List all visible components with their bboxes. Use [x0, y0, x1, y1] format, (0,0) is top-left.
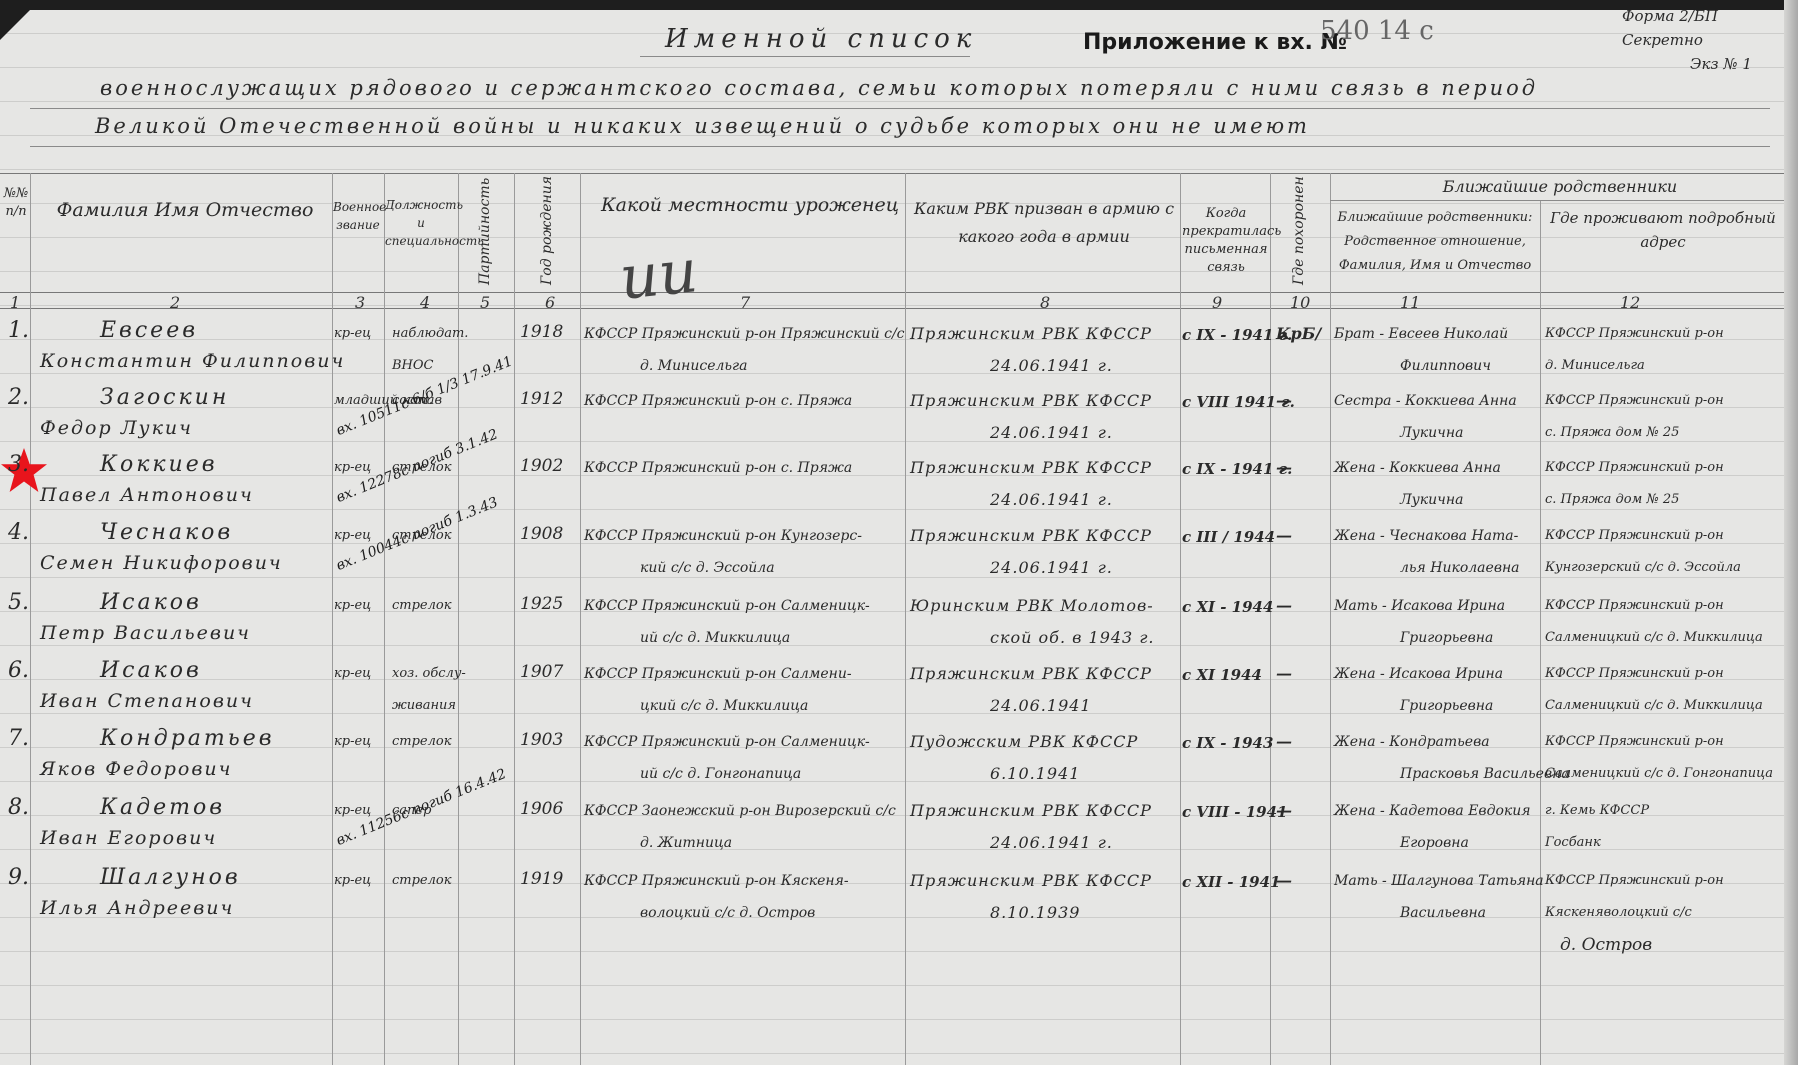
colnum: 11 [1400, 293, 1420, 312]
relative-address-line-2: Кунгозерский с/с д. Эссойла [1545, 560, 1741, 575]
relative-address: КФССР Пряжинский р-он [1545, 598, 1724, 613]
row-number: 8. [8, 795, 29, 820]
colnum: 2 [170, 293, 180, 312]
relative-address-line-2: д. Минисельга [1545, 358, 1645, 373]
birthplace: КФССР Заонежский р-он Вирозерский с/с [584, 803, 896, 819]
military-rank: кр-ец [334, 460, 371, 475]
col-divider [30, 173, 31, 1065]
secret-label: Секретно [1622, 28, 1703, 52]
relative-line-2: Лукична [1400, 425, 1463, 441]
birthplace-line-2: кий с/с д. Эссойла [640, 560, 775, 576]
colhead-7: Какой местности уроженец [600, 190, 900, 220]
row-number: 1. [8, 318, 29, 343]
birth-year: 1925 [520, 594, 563, 614]
row-number: 6. [8, 658, 29, 683]
relative: Жена - Коккиева Анна [1334, 460, 1501, 476]
birth-year: 1907 [520, 662, 563, 682]
table-top-border [0, 173, 1784, 174]
col-divider [332, 173, 333, 1065]
surname: Исаков [100, 590, 202, 615]
relative-address: г. Кемь КФССР [1545, 803, 1649, 818]
relative-line-2: Егоровна [1400, 835, 1469, 851]
burial-place: КрБ/ [1276, 324, 1321, 343]
relative-address-line-3: д. Остров [1560, 935, 1652, 955]
conscription-date: 24.06.1941 г. [990, 356, 1113, 375]
given-name-patronymic: Илья Андреевич [40, 897, 234, 919]
colhead-group: Ближайшие родственники [1380, 178, 1740, 196]
col-divider [384, 173, 385, 1065]
birthplace: КФССР Пряжинский р-он Салмени- [584, 666, 852, 682]
colhead-9: Когда прекратилась письменная связь [1182, 205, 1270, 277]
colhead-11: Ближайшие родственники: Родственное отно… [1332, 206, 1538, 278]
header-bottom-border [0, 292, 1784, 293]
scan-right-edge [1784, 0, 1798, 1065]
colhead-5: Партийность [476, 180, 494, 285]
birthplace-line-2: цкий с/с д. Миккилица [640, 698, 808, 714]
subtitle-line-2: Великой Отечественной войны и никаких из… [95, 114, 1310, 138]
col-divider [1540, 200, 1541, 1065]
scan-top-border [0, 0, 1798, 10]
birth-year: 1908 [520, 524, 563, 544]
relative-address: КФССР Пряжинский р-он [1545, 873, 1724, 888]
burial-place: — [1276, 458, 1292, 477]
colnum-bottom-border [0, 308, 1784, 309]
row-number: 4. [8, 520, 29, 545]
relative-address-line-2: Салменицкий с/с д. Миккилица [1545, 630, 1763, 645]
military-rank: кр-ец [334, 734, 371, 749]
colnum: 1 [10, 293, 20, 312]
col-divider [905, 173, 906, 1065]
colnum: 4 [420, 293, 430, 312]
relative: Мать - Шалгунова Татьяна [1334, 873, 1544, 889]
birthplace: КФССР Пряжинский р-он Кяскеня- [584, 873, 849, 889]
document-title: Именной список [665, 24, 977, 54]
conscription-office: Пряжинским РВК КФССР [910, 391, 1152, 410]
conscription-date: 24.06.1941 г. [990, 558, 1113, 577]
relative: Жена - Кадетова Евдокия [1334, 803, 1531, 819]
relative-line-2: Григорьевна [1400, 630, 1493, 646]
conscription-date: 24.06.1941 г. [990, 490, 1113, 509]
contact-lost-date: с VIII - 1941 [1182, 803, 1287, 821]
relative-address: КФССР Пряжинский р-он [1545, 326, 1724, 341]
relative-address-line-2: Салменицкий с/с д. Миккилица [1545, 698, 1763, 713]
colnum: 12 [1620, 293, 1640, 312]
col-divider [580, 173, 581, 1065]
burial-place: — [1276, 391, 1292, 410]
relative-line-2: Григорьевна [1400, 698, 1493, 714]
burial-place: — [1276, 871, 1292, 890]
birthplace: КФССР Пряжинский р-он с. Пряжа [584, 460, 852, 476]
row-number: 2. [8, 385, 29, 410]
conscription-date: 8.10.1939 [990, 903, 1080, 922]
row-number: 7. [8, 726, 29, 751]
conscription-office: Пряжинским РВК КФССР [910, 801, 1152, 820]
relative: Жена - Чеснакова Ната- [1334, 528, 1518, 544]
position: стрелок [392, 873, 452, 888]
colhead-10: Где похоронен [1290, 176, 1308, 286]
subtitle-line-1: военнослужащих рядового и сержантского с… [100, 76, 1538, 100]
relative-line-2: Филиппович [1400, 358, 1491, 374]
conscription-office: Пудожским РВК КФССР [910, 732, 1138, 751]
group-divider [1330, 200, 1784, 201]
birth-year: 1906 [520, 799, 563, 819]
given-name-patronymic: Иван Егорович [40, 827, 217, 849]
colhead-8: Каким РВК призван в армию с какого года … [910, 195, 1178, 251]
position: стрелок [392, 598, 452, 613]
surname: Евсеев [100, 318, 198, 343]
birthplace-line-2: ий с/с д. Гонгонапица [640, 766, 801, 782]
conscription-date: 6.10.1941 [990, 764, 1080, 783]
relative: Жена - Кондратьева [1334, 734, 1490, 750]
relative-address: КФССР Пряжинский р-он [1545, 393, 1724, 408]
colhead-4: Должность и специальность [385, 196, 457, 250]
surname: Загоскин [100, 385, 229, 410]
contact-lost-date: с XII - 1941 [1182, 873, 1280, 891]
colhead-3: Военное звание [333, 198, 383, 234]
surname: Исаков [100, 658, 202, 683]
form-label: Форма 2/БП [1622, 4, 1718, 28]
relative: Жена - Исакова Ирина [1334, 666, 1503, 682]
row-number: 3. [8, 452, 29, 477]
relative-address-line-2: Госбанк [1545, 835, 1601, 850]
colhead-1: №№ п/п [2, 185, 30, 221]
birthplace: КФССР Пряжинский р-он Салменицк- [584, 598, 870, 614]
birthplace: КФССР Пряжинский р-он Салменицк- [584, 734, 870, 750]
surname: Чеснаков [100, 520, 233, 545]
relative-address-line-2: Кяскеняволоцкий с/с [1545, 905, 1692, 920]
relative: Сестра - Коккиева Анна [1334, 393, 1517, 409]
birthplace: КФССР Пряжинский р-он с. Пряжа [584, 393, 852, 409]
birth-year: 1902 [520, 456, 563, 476]
surname: Коккиев [100, 452, 218, 477]
position-line-2: ВНОС [392, 358, 434, 373]
military-rank: кр-ец [334, 598, 371, 613]
birthplace: КФССР Пряжинский р-он Кунгозерс- [584, 528, 862, 544]
contact-lost-date: с IX - 1943 [1182, 734, 1273, 752]
given-name-patronymic: Павел Антонович [40, 484, 254, 506]
military-rank: кр-ец [334, 528, 371, 543]
position: хоз. обслу- [392, 666, 466, 681]
military-rank: кр-ец [334, 666, 371, 681]
relative-address-line-2: с. Пряжа дом № 25 [1545, 492, 1679, 507]
burial-place: — [1276, 596, 1292, 615]
burial-place: — [1276, 801, 1292, 820]
relative-line-2: Васильевна [1400, 905, 1486, 921]
col-divider [1270, 173, 1271, 1065]
rule [30, 108, 1770, 109]
relative-address: КФССР Пряжинский р-он [1545, 666, 1724, 681]
surname: Кондратьев [100, 726, 275, 751]
position-line-2: живания [392, 698, 456, 713]
pencil-mark: ии [617, 236, 701, 314]
burial-place: — [1276, 732, 1292, 751]
given-name-patronymic: Яков Федорович [40, 758, 232, 780]
conscription-office: Юринским РВК Молотов- [910, 596, 1154, 615]
birthplace-line-2: волоцкий с/с д. Остров [640, 905, 815, 921]
given-name-patronymic: Федор Лукич [40, 417, 193, 439]
conscription-office: Пряжинским РВК КФССР [910, 871, 1152, 890]
colnum: 3 [355, 293, 365, 312]
conscription-office: Пряжинским РВК КФССР [910, 664, 1152, 683]
title-underline [640, 56, 970, 57]
birthplace: КФССР Пряжинский р-он Пряжинский с/с [584, 326, 905, 342]
military-rank: кр-ец [334, 326, 371, 341]
colnum: 9 [1212, 293, 1222, 312]
relative-address: КФССР Пряжинский р-он [1545, 734, 1724, 749]
col-divider [1180, 173, 1181, 1065]
row-number: 9. [8, 865, 29, 890]
col-divider [514, 173, 515, 1065]
birth-year: 1919 [520, 869, 563, 889]
birthplace-line-2: ий с/с д. Миккилица [640, 630, 790, 646]
contact-lost-date: с XI - 1944 [1182, 598, 1273, 616]
conscription-date: ской об. в 1943 г. [990, 628, 1154, 647]
copy-number: Экз № 1 [1690, 52, 1752, 76]
given-name-patronymic: Константин Филиппович [40, 350, 345, 372]
row-number: 5. [8, 590, 29, 615]
surname: Кадетов [100, 795, 225, 820]
colhead-6: Год рождения [538, 176, 556, 286]
birthplace-line-2: д. Минисельга [640, 358, 747, 374]
surname: Шалгунов [100, 865, 241, 890]
relative-address-line-2: с. Пряжа дом № 25 [1545, 425, 1679, 440]
scan-corner [0, 0, 40, 40]
relative-line-2: лья Николаевна [1400, 560, 1520, 576]
military-rank: кр-ец [334, 803, 371, 818]
relative-address-line-2: Салменицкий с/с д. Гонгонапица [1545, 766, 1773, 781]
conscription-office: Пряжинским РВК КФССР [910, 526, 1152, 545]
relative-address: КФССР Пряжинский р-он [1545, 460, 1724, 475]
colnum: 10 [1290, 293, 1310, 312]
conscription-date: 24.06.1941 [990, 696, 1092, 715]
relative-address: КФССР Пряжинский р-он [1545, 528, 1724, 543]
incoming-stamp: Приложение к вх. № [1083, 30, 1347, 55]
given-name-patronymic: Иван Степанович [40, 690, 254, 712]
birthplace-line-2: д. Житница [640, 835, 732, 851]
incoming-number: 540 14 с [1320, 16, 1434, 46]
contact-lost-date: с III / 1944 [1182, 528, 1275, 546]
burial-place: — [1276, 664, 1292, 683]
relative-line-2: Лукична [1400, 492, 1463, 508]
position: стрелок [392, 734, 452, 749]
colnum: 8 [1040, 293, 1050, 312]
burial-place: — [1276, 526, 1292, 545]
colhead-2: Фамилия Имя Отчество [40, 195, 330, 225]
colnum: 5 [480, 293, 490, 312]
col-divider [458, 173, 459, 1065]
rule [30, 146, 1770, 147]
col-divider [1330, 173, 1331, 1065]
document-sheet [0, 0, 1798, 1065]
colhead-12: Где проживают подробный адрес [1545, 206, 1781, 254]
contact-lost-date: с XI 1944 [1182, 666, 1262, 684]
conscription-date: 24.06.1941 г. [990, 833, 1113, 852]
colnum: 6 [545, 293, 555, 312]
colnum: 7 [740, 293, 750, 312]
position: наблюдат. [392, 326, 468, 341]
military-rank: кр-ец [334, 873, 371, 888]
given-name-patronymic: Семен Никифорович [40, 552, 283, 574]
birth-year: 1912 [520, 389, 563, 409]
conscription-date: 24.06.1941 г. [990, 423, 1113, 442]
conscription-office: Пряжинским РВК КФССР [910, 458, 1152, 477]
birth-year: 1918 [520, 322, 563, 342]
relative: Брат - Евсеев Николай [1334, 326, 1508, 342]
given-name-patronymic: Петр Васильевич [40, 622, 251, 644]
conscription-office: Пряжинским РВК КФССР [910, 324, 1152, 343]
birth-year: 1903 [520, 730, 563, 750]
relative: Мать - Исакова Ирина [1334, 598, 1505, 614]
